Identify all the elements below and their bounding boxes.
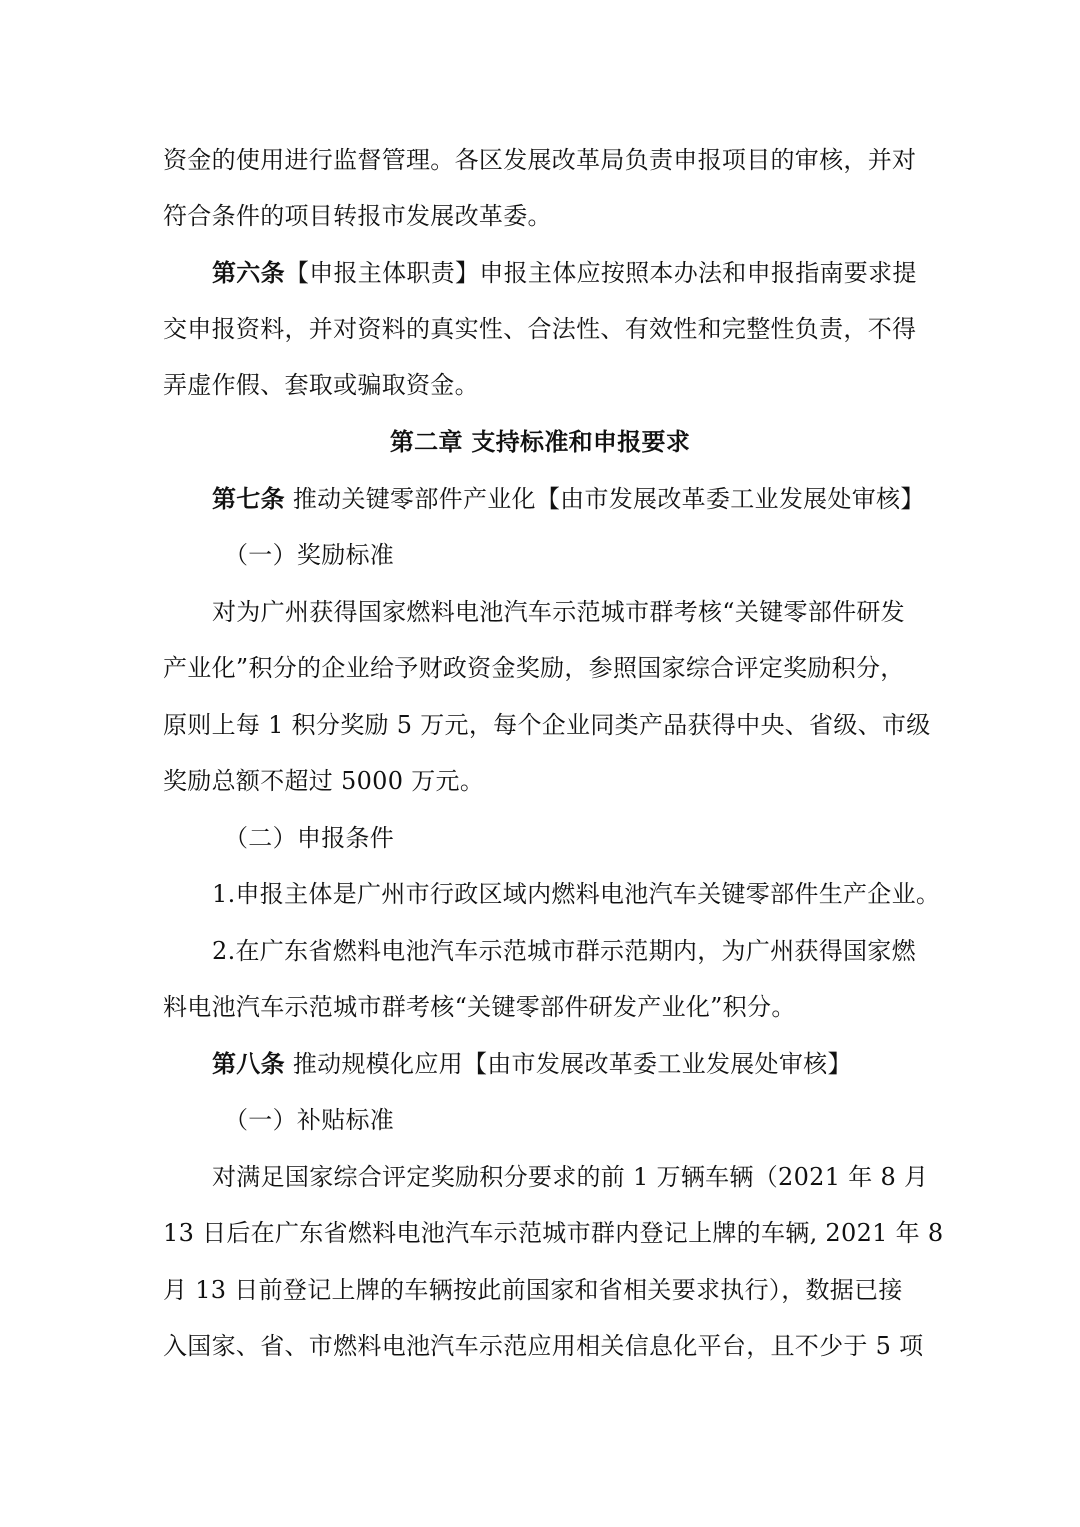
article-6-line-2: 交申报资料，并对资料的真实性、合法性、有效性和完整性负责，不得 [163, 309, 916, 349]
article-7-section-1-line: 产业化”积分的企业给予财政资金奖励，参照国家综合评定奖励积分， [163, 648, 905, 688]
article-8-section-1-line: 13 日后在广东省燃料电池汽车示范城市群内登记上牌的车辆, 2021 年 8 [163, 1213, 943, 1253]
chapter-2-title: 第二章 支持标准和申报要求 [0, 422, 1080, 462]
article-8-section-1-line: 对满足国家综合评定奖励积分要求的前 1 万辆车辆（2021 年 8 月 [212, 1157, 928, 1197]
article-8-section-1-title: （一）补贴标准 [224, 1100, 394, 1140]
article-8-label: 第八条 [212, 1049, 285, 1078]
article-7-section-2-title: （二）申报条件 [224, 818, 394, 858]
article-8-heading: 第八条 推动规模化应用【由市发展改革委工业发展处审核】 [212, 1044, 852, 1084]
article-8-section-1-line: 入国家、省、市燃料电池汽车示范应用相关信息化平台，且不少于 5 项 [163, 1326, 923, 1366]
article-7-title: 推动关键零部件产业化【由市发展改革委工业发展处审核】 [293, 485, 925, 513]
article-8-title: 推动规模化应用【由市发展改革委工业发展处审核】 [293, 1050, 852, 1078]
article-6-line-1: 第六条【申报主体职责】申报主体应按照本办法和申报指南要求提 [212, 253, 917, 293]
paragraph-line: 资金的使用进行监督管理。各区发展改革局负责申报项目的审核，并对 [163, 140, 916, 180]
article-7-condition-1: 1.申报主体是广州市行政区域内燃料电池汽车关键零部件生产企业。 [212, 874, 940, 914]
article-7-condition-2-line-2: 料电池汽车示范城市群考核“关键零部件研发产业化”积分。 [163, 987, 796, 1027]
article-6-line-3: 弄虚作假、套取或骗取资金。 [163, 365, 479, 405]
article-7-section-1-title: （一）奖励标准 [224, 535, 394, 575]
article-7-section-1-line: 奖励总额不超过 5000 万元。 [163, 761, 484, 801]
article-8-section-1-line: 月 13 日前登记上牌的车辆按此前国家和省相关要求执行），数据已接 [163, 1270, 903, 1310]
document-page: 资金的使用进行监督管理。各区发展改革局负责申报项目的审核，并对 符合条件的项目转… [0, 0, 1080, 1527]
article-7-label: 第七条 [212, 484, 285, 513]
article-7-condition-2-line-1: 2.在广东省燃料电池汽车示范城市群示范期内，为广州获得国家燃 [212, 931, 916, 971]
article-6-text: 申报主体应按照本办法和申报指南要求提 [479, 259, 916, 287]
article-6-heading: 【申报主体职责】 [285, 259, 479, 287]
article-7-section-1-line: 原则上每 1 积分奖励 5 万元，每个企业同类产品获得中央、省级、市级 [163, 705, 931, 745]
article-7-section-1-line: 对为广州获得国家燃料电池汽车示范城市群考核“关键零部件研发 [212, 592, 905, 632]
paragraph-line: 符合条件的项目转报市发展改革委。 [163, 196, 552, 236]
article-7-heading: 第七条 推动关键零部件产业化【由市发展改革委工业发展处审核】 [212, 479, 925, 519]
article-6-label: 第六条 [212, 258, 285, 287]
